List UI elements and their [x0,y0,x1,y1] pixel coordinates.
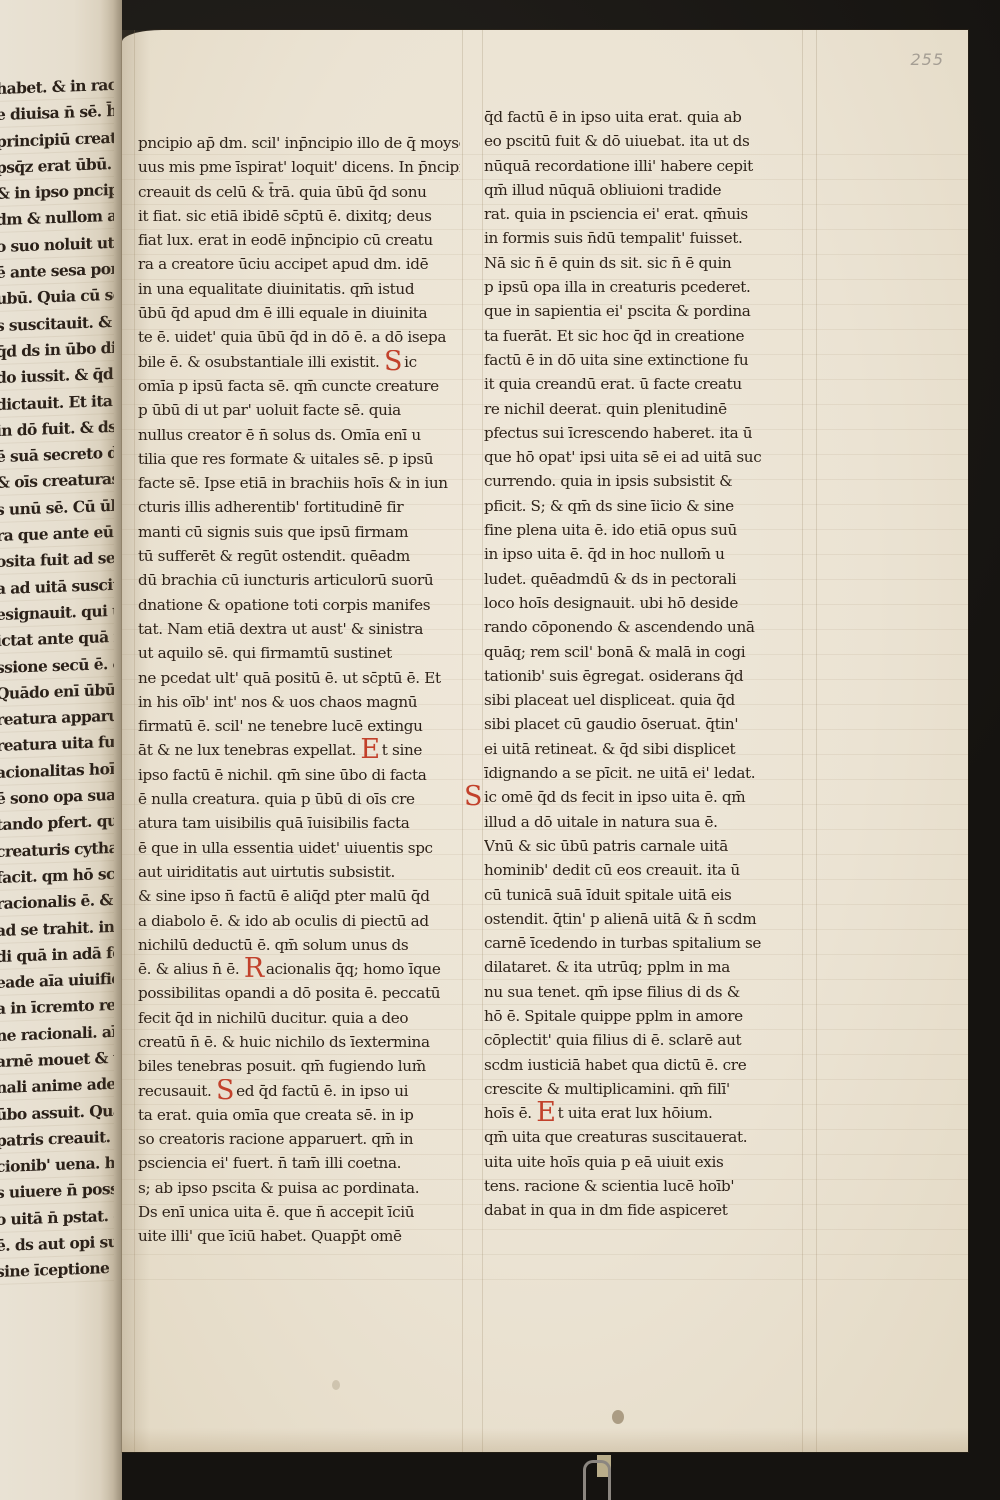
text-line: in formis suis n̄dū tempalit' fuisset. [484,226,814,250]
text-line: psciencia ei' fuert. n̄ tam̄ illi coetna… [138,1151,460,1175]
gutter-shadow [100,0,122,1500]
text-column-a: pncipio ap̄ dm. scil' inp̄ncipio illo de… [138,131,460,1249]
text-line: rando cōponendo & ascendendo unā [484,615,814,639]
text-line: fiat lux. erat in eodē inp̄ncipio cū cre… [138,228,460,252]
text-line: pficit. S; & qm̄ ds sine īicio & sine [484,494,814,518]
text-line: que in sapientia ei' pscita & pordina [484,299,814,323]
text-line: uita uite hoīs quia p eā uiuit exis [484,1150,814,1174]
text-line: que hō opat' ipsi uita sē ei ad uitā suc [484,445,814,469]
text-line: rat. quia in psciencia ei' erat. qm̄uis [484,202,814,226]
text-line: aut uiriditatis aut uirtutis subsistit. [138,860,460,884]
text-line: factū ē in dō uita sine extinctione fu [484,348,814,372]
manuscript-leaf: 255 pncipio ap̄ dm. scil' inp̄ncipio ill… [122,30,968,1452]
stain-spot [612,1410,624,1424]
text-line: manti cū signis suis que ipsū firmam [138,520,460,544]
text-line: crescite & multiplicamini. qm̄ filī' [484,1077,814,1101]
text-line: s suscitauit. & ea [0,309,114,339]
text-line: atura tam uisibilis quā īuisibilis facta [138,811,460,835]
text-line: creaturis cytharas [0,835,114,865]
text-line: hoīs ē. Et uita erat lux hōium. [484,1101,814,1125]
rubricated-initial: S [464,785,482,809]
text-line: te ē. uidet' quia ūbū q̄d in dō ē. a dō … [138,325,460,349]
text-line: ssione secū ē. & sic [0,650,114,680]
text-line: āt & ne lux tenebras expellat. Et sine [138,738,460,762]
text-line: ūbo assuit. Quapp [0,1098,114,1128]
text-line: ludet. quēadmdū & ds in pectorali [484,567,814,591]
text-line: nūquā recordatione illi' habere cepit [484,154,814,178]
stain-spot [332,1380,340,1390]
ruling-vertical [482,30,483,1452]
text-line: tando pfert. quia p [0,808,114,838]
text-line: qm̄ illud nūquā obliuioni tradide [484,178,814,202]
text-line: possibilitas opandi a dō posita ē. pecca… [138,981,460,1005]
text-line: in ipso uita ē. q̄d in hoc nullom̄ u [484,542,814,566]
text-line: creatū n̄ ē. & huic nichilo ds īextermin… [138,1030,460,1054]
text-line: scdm iusticiā habet qua dictū ē. cre [484,1053,814,1077]
ruling-vertical [134,30,135,1452]
text-line: a ad uitā suscitata sē [0,572,114,602]
text-line: illud a dō uitale in natura sua ē. [484,810,814,834]
text-line: creauit ds celū & t̄rā. quia ūbū q̄d son… [138,180,460,204]
text-line: ad se trahit. in qua [0,913,114,943]
text-line: p ipsū opa illa in creaturis pcederet. [484,275,814,299]
text-line: sibi placet cū gaudio ōseruat. q̄tin' [484,712,814,736]
text-line: hō ē. Spitale quippe pplm in amore [484,1004,814,1028]
text-line: ē que in ulla essentia uidet' uiuentis s… [138,836,460,860]
text-line: recusauit. Sed q̄d factū ē. in ipso ui [138,1079,460,1103]
text-line: ta fuerāt. Et sic hoc q̄d in creatione [484,324,814,348]
ruling-vertical [816,30,817,1452]
text-line: fecit q̄d in nichilū ducitur. quia a deo [138,1006,460,1030]
text-line: it fiat. sic etiā ibidē sc̄ptū ē. dixitq… [138,204,460,228]
text-line: ei uitā retineat. & q̄d sibi displicet [484,737,814,761]
text-line: ostendit. q̄tin' p alienā uitā & n̄ scdm [484,907,814,931]
text-line: ra a creatore ūciu accipet apud dm. idē [138,252,460,276]
text-line: pfectus sui īcrescendo haberet. ita ū [484,421,814,445]
rubricated-initial: R [244,957,264,981]
text-line: Sic omē q̄d ds fecit in ipso uita ē. qm̄ [484,785,814,809]
rubricated-initial: S [384,350,402,374]
text-line: bile ē. & osubstantiale illi existit. Si… [138,350,460,374]
rubricated-initial: E [536,1101,555,1125]
text-line: Ds enī unica uita ē. que n̄ accepit īciū [138,1200,460,1224]
text-line: racionalis ē. & aīa [0,887,114,917]
text-line: it quia creandū erat. ū facte creatu [484,372,814,396]
text-line: facte sē. Ipse etiā in brachiis hoīs & i… [138,471,460,495]
text-line: ut aquilo sē. qui firmamtū sustinet [138,641,460,665]
text-line: cū tunicā suā īduit spitale uitā eis [484,883,814,907]
text-line: fine plena uita ē. ido etiā opus suū [484,518,814,542]
text-line: dabat in qua in dm fide aspiceret [484,1198,814,1222]
text-line: ipso factū ē nichil. qm̄ sine ūbo di fac… [138,763,460,787]
text-line: Nā sic n̄ ē quin ds sit. sic n̄ ē quin [484,251,814,275]
text-line: & sine ipso n̄ factū ē aliq̄d pter malū … [138,884,460,908]
text-line: quāq; rem scil' bonā & malā in cogi [484,640,814,664]
text-line: dū brachia cū iuncturis articulorū suorū [138,568,460,592]
text-line: firmatū ē. scil' ne tenebre lucē extingu [138,714,460,738]
text-line: & oīs creaturas pd [0,466,114,496]
text-line: ne racionali. aīā se [0,1019,114,1049]
text-line: carnē īcedendo in turbas spitalium se [484,931,814,955]
text-line: tationib' suis ēgregat. osiderans q̄d [484,664,814,688]
text-line: s uiuere n̄ posset. & [0,1176,114,1206]
text-line: reatura uita fuit. Vn [0,729,114,759]
text-line: eo pscitū fuit & dō uiuebat. ita ut ds [484,129,814,153]
text-line: do iussit. & q̄d ūbū [0,361,114,391]
text-line: dictauit. Et ita ds [0,388,114,418]
text-line: principiū creatura [0,125,114,155]
text-line: sibi placeat uel displiceat. quia q̄d [484,688,814,712]
text-line: dm & nullom adi [0,203,114,233]
text-line: in his oīb' int' nos & uos chaos magnū [138,690,460,714]
text-line: tat. Nam etiā dextra ut aust' & sinistra [138,617,460,641]
text-line: qm̄ uita que creaturas suscitauerat. [484,1125,814,1149]
text-column-b: q̄d factū ē in ipso uita erat. quia abeo… [484,105,814,1223]
text-line: ubū. Quia cū sonam [0,282,114,312]
text-line: acionalitas hoīs opa [0,756,114,786]
text-line: dilataret. & ita utrūq; pplm in ma [484,955,814,979]
text-line: e diuisa n̄ sē. h̄z au [0,98,114,128]
page-clip [583,1460,611,1500]
text-line: re nichil deerat. quin plenitudinē [484,397,814,421]
text-line: hominib' dedit cū eos creauit. ita ū [484,858,814,882]
text-line: osita fuit ad se uoca [0,545,114,575]
text-line: ē nulla creatura. quia p ūbū di oīs cre [138,787,460,811]
text-line: cturis illis adherentib' fortitudinē fir [138,495,460,519]
text-line: ictat ante quā illud [0,624,114,654]
text-line: a diabolo ē. & ido ab oculis di piectū a… [138,909,460,933]
text-line: ne pcedat ult' quā positū ē. ut sc̄ptū ē… [138,666,460,690]
text-line: uus mis pme īspirat' loquit' dicens. In … [138,155,460,179]
text-line: nullus creator ē n̄ solus ds. Omīa enī u [138,423,460,447]
text-line: tilia que res formate & uitales sē. p ip… [138,447,460,471]
folio-number: 255 [910,50,944,69]
text-line: q̄d factū ē in ipso uita erat. quia ab [484,105,814,129]
text-line: biles tenebras posuit. qm̄ fugiendo lum̄ [138,1054,460,1078]
text-line: ta erat. quia omīa que creata sē. in ip [138,1103,460,1127]
text-line: loco hoīs designauit. ubi hō deside [484,591,814,615]
text-line: in una equalitate diuinitatis. qm̄ istud [138,277,460,301]
text-line: ūbū q̄d apud dm ē illi equale in diuinit… [138,301,460,325]
text-line: tens. racione & scientia lucē hoīb' [484,1174,814,1198]
text-line: uite illi' que īciū habet. Quapp̄t omē [138,1224,460,1248]
text-line: currendo. quia in ipsis subsistit & [484,469,814,493]
text-line: nichilū deductū ē. qm̄ solum unus ds [138,933,460,957]
text-line: a in īcremto replend [0,992,114,1022]
rubricated-initial: E [360,738,379,762]
text-line: s; ab ipso pscita & puisa ac pordinata. [138,1176,460,1200]
text-line: nali anime ade. qui [0,1071,114,1101]
text-line: omīa p ipsū facta sē. qm̄ cuncte creatur… [138,374,460,398]
text-line: cōplectit' quia filius di ē. sclarē aut [484,1028,814,1052]
text-line: tū sufferēt & regūt ostendit. quēadm [138,544,460,568]
text-line: pncipio ap̄ dm. scil' inp̄ncipio illo de… [138,131,460,155]
text-line: ē. & alius n̄ ē. Racionalis q̄q; homo īq… [138,957,460,981]
text-line: sine īceptione uita ē. H [0,1255,114,1285]
text-line: Vnū & sic ūbū patris carnale uitā [484,834,814,858]
text-line: p ūbū di ut par' uoluit facte sē. quia [138,398,460,422]
ruling-vertical [462,30,463,1452]
rubricated-initial: S [216,1079,234,1103]
left-facing-page: habet. & in racionabie diuisa n̄ sē. h̄z… [0,0,122,1500]
text-line: dnatione & opatione toti corpis manifes [138,593,460,617]
left-page-text: habet. & in racionabie diuisa n̄ sē. h̄z… [0,74,114,1284]
text-line: īdignando a se pīcit. ne uitā ei' ledat. [484,761,814,785]
text-line: so creatoris racione apparuert. qm̄ in [138,1127,460,1151]
text-line: nu sua tenet. qm̄ ipse filius di ds & [484,980,814,1004]
